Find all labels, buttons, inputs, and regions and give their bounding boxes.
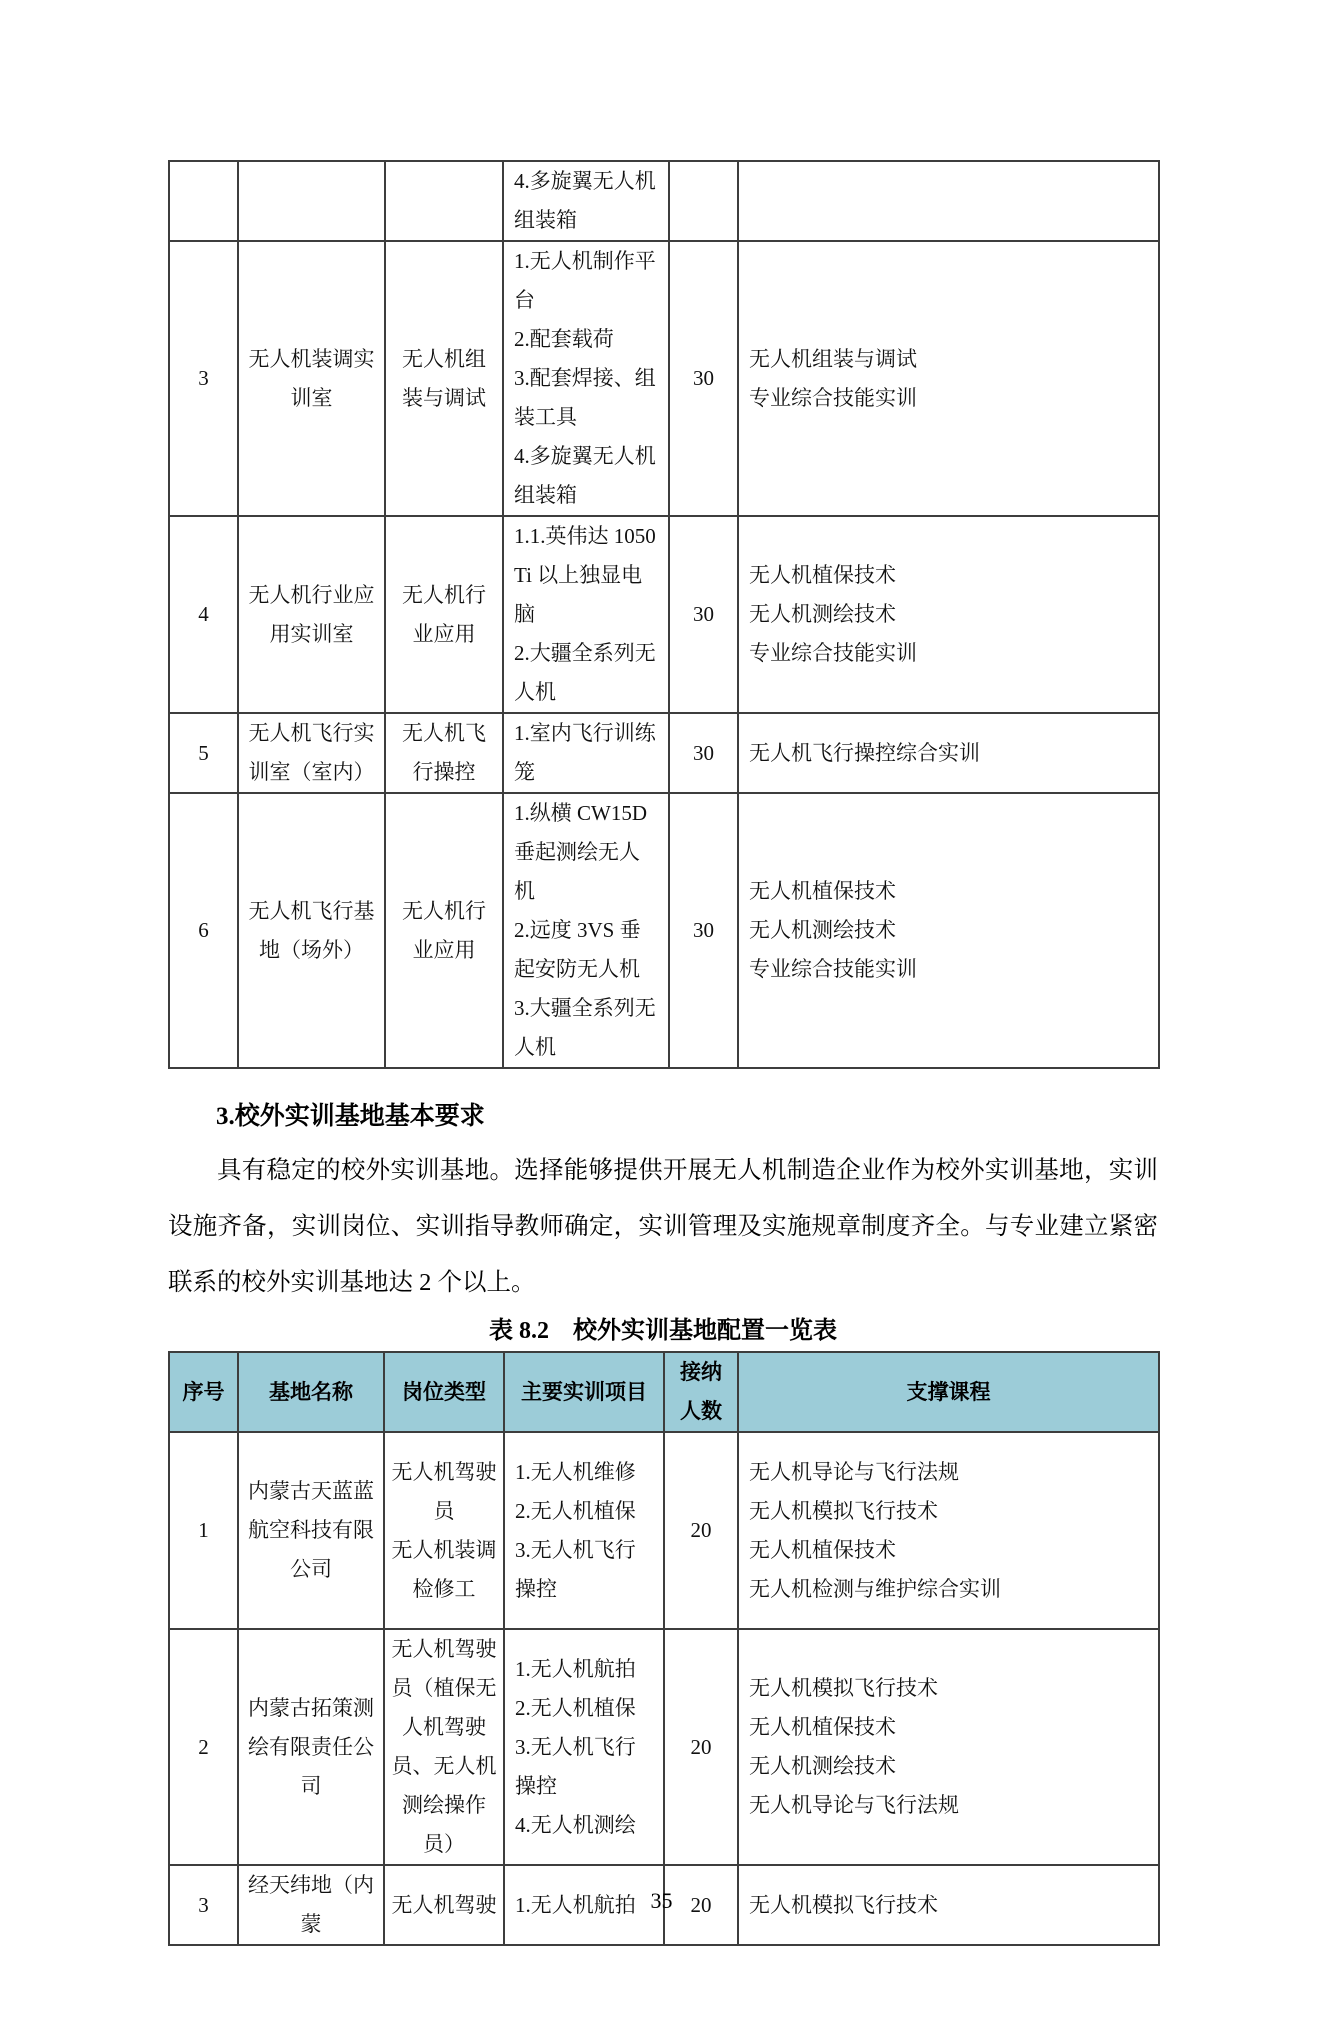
room-name-cell [238,161,385,241]
table-row: 4.多旋翼无人机组装箱 [169,161,1159,241]
equipment-cell: 1.1.英伟达 1050Ti 以上独显电脑 2.大疆全系列无人机 [503,516,669,713]
room-type-cell: 无人机行业应用 [385,516,503,713]
section-heading: 3.校外实训基地基本要求 [168,1097,1158,1137]
header-base-name: 基地名称 [238,1352,384,1432]
equipment-cell: 1.纵横 CW15D 垂起测绘无人机 2.远度 3VS 垂起安防无人机 3.大疆… [503,793,669,1068]
room-type-cell [385,161,503,241]
section-paragraph: 具有稳定的校外实训基地。选择能够提供开展无人机制造企业作为校外实训基地，实训设施… [168,1143,1158,1311]
base-name-cell: 内蒙古拓策测绘有限责任公司 [238,1629,384,1865]
table-row: 1 内蒙古天蓝蓝航空科技有限公司 无人机驾驶员 无人机装调检修工 1.无人机维修… [169,1432,1159,1629]
header-courses: 支撑课程 [738,1352,1159,1432]
capacity-cell: 20 [664,1432,738,1629]
equipment-rooms-table: 4.多旋翼无人机组装箱 3 无人机装调实训室 无人机组装与调试 1.无人机制作平… [168,160,1160,1069]
page-number: 35 [0,1888,1323,1914]
room-type-cell: 无人机行业应用 [385,793,503,1068]
seq-cell: 4 [169,516,238,713]
capacity-cell [669,161,738,241]
header-post-type: 岗位类型 [384,1352,504,1432]
equipment-cell: 1.室内飞行训练笼 [503,713,669,793]
seq-cell: 6 [169,793,238,1068]
table-row: 6 无人机飞行基地（场外） 无人机行业应用 1.纵横 CW15D 垂起测绘无人机… [169,793,1159,1068]
capacity-cell: 30 [669,793,738,1068]
header-seq: 序号 [169,1352,238,1432]
external-bases-table: 序号 基地名称 岗位类型 主要实训项目 接纳人数 支撑课程 1 内蒙古天蓝蓝航空… [168,1351,1160,1946]
room-name-cell: 无人机装调实训室 [238,241,385,516]
courses-cell: 无人机导论与飞行法规 无人机模拟飞行技术 无人机植保技术 无人机检测与维护综合实… [738,1432,1159,1629]
projects-cell: 1.无人机维修 2.无人机植保 3.无人机飞行操控 [504,1432,664,1629]
header-capacity: 接纳人数 [664,1352,738,1432]
table-row: 3 无人机装调实训室 无人机组装与调试 1.无人机制作平台 2.配套载荷 3.配… [169,241,1159,516]
seq-cell: 2 [169,1629,238,1865]
capacity-cell: 30 [669,241,738,516]
room-name-cell: 无人机飞行实训室（室内） [238,713,385,793]
seq-cell: 1 [169,1432,238,1629]
capacity-cell: 30 [669,713,738,793]
courses-cell: 无人机组装与调试 专业综合技能实训 [738,241,1159,516]
seq-cell [169,161,238,241]
table-caption: 表 8.2 校外实训基地配置一览表 [168,1313,1158,1349]
table-row: 2 内蒙古拓策测绘有限责任公司 无人机驾驶员（植保无人机驾驶员、无人机测绘操作员… [169,1629,1159,1865]
seq-cell: 3 [169,241,238,516]
document-page: 4.多旋翼无人机组装箱 3 无人机装调实训室 无人机组装与调试 1.无人机制作平… [168,160,1158,1946]
room-name-cell: 无人机行业应用实训室 [238,516,385,713]
capacity-cell: 20 [664,1629,738,1865]
header-projects: 主要实训项目 [504,1352,664,1432]
equipment-cell: 1.无人机制作平台 2.配套载荷 3.配套焊接、组装工具 4.多旋翼无人机组装箱 [503,241,669,516]
room-type-cell: 无人机飞行操控 [385,713,503,793]
equipment-cell: 4.多旋翼无人机组装箱 [503,161,669,241]
capacity-cell: 30 [669,516,738,713]
courses-cell: 无人机飞行操控综合实训 [738,713,1159,793]
table-row: 5 无人机飞行实训室（室内） 无人机飞行操控 1.室内飞行训练笼 30 无人机飞… [169,713,1159,793]
courses-cell: 无人机模拟飞行技术 无人机植保技术 无人机测绘技术 无人机导论与飞行法规 [738,1629,1159,1865]
projects-cell: 1.无人机航拍 2.无人机植保 3.无人机飞行操控 4.无人机测绘 [504,1629,664,1865]
base-name-cell: 内蒙古天蓝蓝航空科技有限公司 [238,1432,384,1629]
room-type-cell: 无人机组装与调试 [385,241,503,516]
post-type-cell: 无人机驾驶员（植保无人机驾驶员、无人机测绘操作员） [384,1629,504,1865]
table-row: 4 无人机行业应用实训室 无人机行业应用 1.1.英伟达 1050Ti 以上独显… [169,516,1159,713]
post-type-cell: 无人机驾驶员 无人机装调检修工 [384,1432,504,1629]
courses-cell: 无人机植保技术 无人机测绘技术 专业综合技能实训 [738,793,1159,1068]
seq-cell: 5 [169,713,238,793]
courses-cell: 无人机植保技术 无人机测绘技术 专业综合技能实训 [738,516,1159,713]
room-name-cell: 无人机飞行基地（场外） [238,793,385,1068]
table-header-row: 序号 基地名称 岗位类型 主要实训项目 接纳人数 支撑课程 [169,1352,1159,1432]
courses-cell [738,161,1159,241]
